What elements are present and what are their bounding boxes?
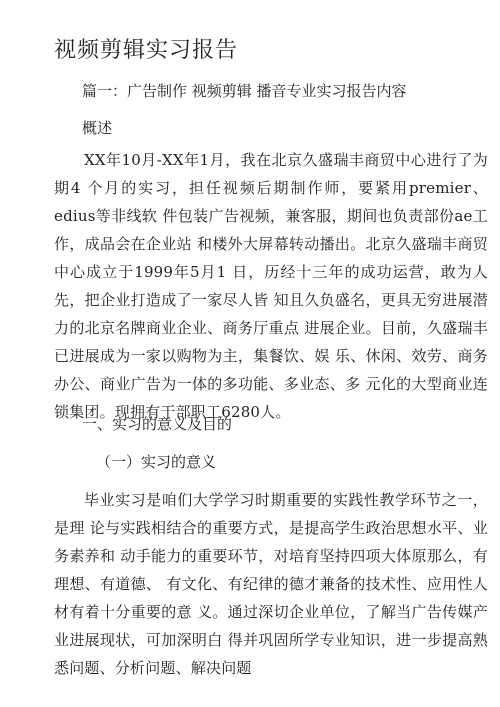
subsection-heading-meaning: （一）实习的意义 xyxy=(96,451,216,472)
section-heading-purpose: 一、实习的意义及目的 xyxy=(82,413,232,434)
overview-paragraph: XX年10月-XX年1月，我在北京久盛瑞丰商贸中心进行了为期4 个月的实习，担任… xyxy=(54,146,488,426)
document-page: 视频剪辑实习报告 篇一：广告制作 视频剪辑 播音专业实习报告内容 概述 XX年1… xyxy=(0,0,500,707)
overview-heading: 概述 xyxy=(82,117,112,138)
meaning-paragraph: 毕业实习是咱们大学学习时期重要的实践性教学环节之一，是理 论与实践相结合的重要方… xyxy=(54,486,488,682)
document-title: 视频剪辑实习报告 xyxy=(54,33,238,64)
document-subtitle: 篇一：广告制作 视频剪辑 播音专业实习报告内容 xyxy=(82,80,407,101)
